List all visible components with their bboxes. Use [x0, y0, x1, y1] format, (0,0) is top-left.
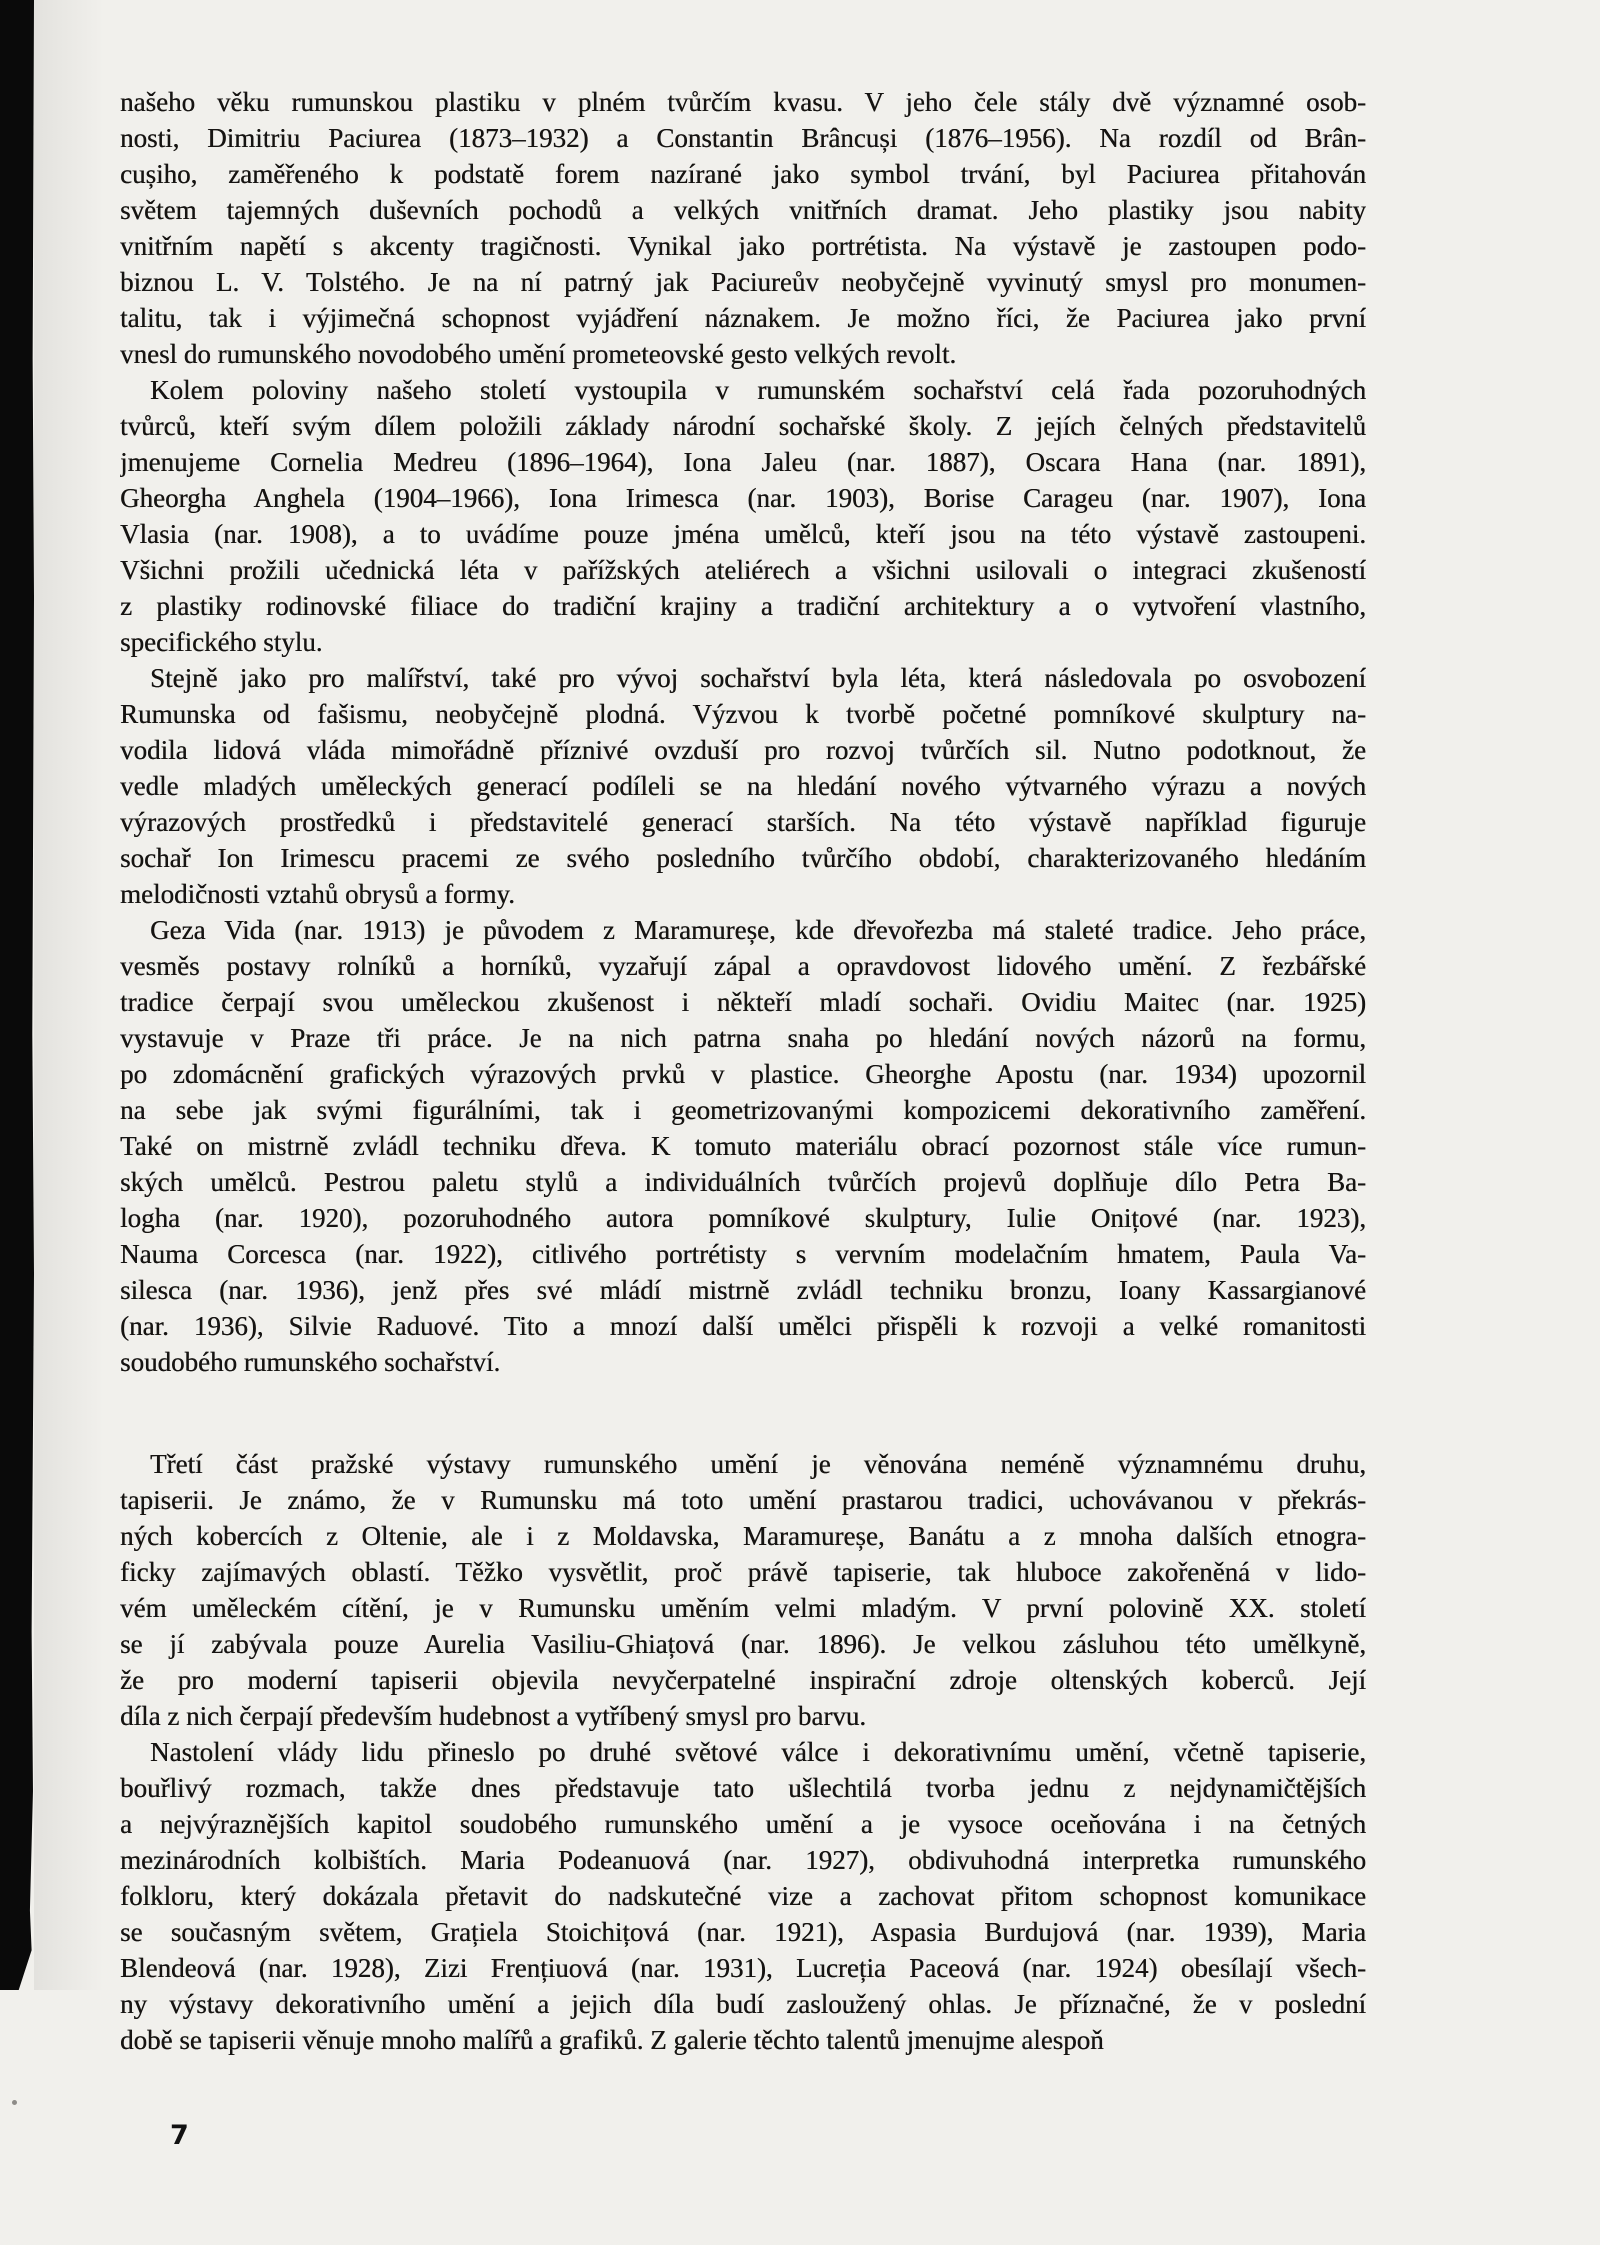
text-line: vnesl do rumunského novodobého umění pro… [120, 336, 1366, 372]
text-line: že pro moderní tapiserii objevila nevyče… [120, 1662, 1366, 1698]
text-line: cușiho, zaměřeného k podstatě forem nazí… [120, 156, 1366, 192]
text-line: Také on mistrně zvládl techniku dřeva. K… [120, 1128, 1366, 1164]
text-line: Všichni prožili učednická léta v pařížsk… [120, 552, 1366, 588]
text-line: ficky zajímavých oblastí. Těžko vysvětli… [120, 1554, 1366, 1590]
scan-speck [12, 2100, 17, 2105]
text-line: folkloru, který dokázala přetavit do nad… [120, 1878, 1366, 1914]
text-line: vystavuje v Praze tři práce. Je na nich … [120, 1020, 1366, 1056]
text-line: se jí zabývala pouze Aurelia Vasiliu-Ghi… [120, 1626, 1366, 1662]
text-line: a nejvýraznějších kapitol soudobého rumu… [120, 1806, 1366, 1842]
text-line: díla z nich čerpají především hudebnost … [120, 1698, 1366, 1734]
text-line: světem tajemných duševních pochodů a vel… [120, 192, 1366, 228]
text-line: Kolem poloviny našeho století vystoupila… [120, 372, 1366, 408]
text-line: ských umělců. Pestrou paletu stylů a ind… [120, 1164, 1366, 1200]
paragraph: Geza Vida (nar. 1913) je původem z Maram… [120, 912, 1366, 1380]
text-line: výrazových prostředků i představitelé ge… [120, 804, 1366, 840]
text-line: mezinárodních kolbištích. Maria Podeanuo… [120, 1842, 1366, 1878]
page-gutter-shadow [34, 0, 104, 1990]
text-line: sochař Ion Irimescu pracemi ze svého pos… [120, 840, 1366, 876]
paragraph: Stejně jako pro malířství, také pro vývo… [120, 660, 1366, 912]
text-line: vém uměleckém cítění, je v Rumunsku uměn… [120, 1590, 1366, 1626]
text-line: Blendeová (nar. 1928), Zizi Frențiuová (… [120, 1950, 1366, 1986]
text-line: jmenujeme Cornelia Medreu (1896–1964), I… [120, 444, 1366, 480]
text-line: silesca (nar. 1936), jenž přes své mládí… [120, 1272, 1366, 1308]
text-line: melodičnosti vztahů obrysů a formy. [120, 876, 1366, 912]
text-line: (nar. 1936), Silvie Raduové. Tito a mnoz… [120, 1308, 1366, 1344]
scanned-page: našeho věku rumunskou plastiku v plném t… [0, 0, 1600, 2245]
text-line: bouřlivý rozmach, takže dnes představuje… [120, 1770, 1366, 1806]
text-line: tapiserii. Je známo, že v Rumunsku má to… [120, 1482, 1366, 1518]
text-line: Stejně jako pro malířství, také pro vývo… [120, 660, 1366, 696]
text-line: Geza Vida (nar. 1913) je původem z Maram… [120, 912, 1366, 948]
text-line: tvůrců, kteří svým dílem položili základ… [120, 408, 1366, 444]
text-line: Třetí část pražské výstavy rumunského um… [120, 1446, 1366, 1482]
text-line: se současným světem, Grațiela Stoichițov… [120, 1914, 1366, 1950]
paragraph: Nastolení vlády lidu přineslo po druhé s… [120, 1734, 1366, 2058]
text-line: Vlasia (nar. 1908), a to uvádíme pouze j… [120, 516, 1366, 552]
text-line: vodila lidová vláda mimořádně příznivé o… [120, 732, 1366, 768]
text-line: talitu, tak i výjimečná schopnost vyjádř… [120, 300, 1366, 336]
text-line: biznou L. V. Tolstého. Je na ní patrný j… [120, 264, 1366, 300]
text-line: ných kobercích z Oltenie, ale i z Moldav… [120, 1518, 1366, 1554]
text-line: na sebe jak svými figurálními, tak i geo… [120, 1092, 1366, 1128]
paragraph: našeho věku rumunskou plastiku v plném t… [120, 84, 1366, 372]
text-line: specifického stylu. [120, 624, 1366, 660]
body-text: našeho věku rumunskou plastiku v plném t… [120, 84, 1366, 2058]
text-line: Gheorgha Anghela (1904–1966), Iona Irime… [120, 480, 1366, 516]
text-line: Rumunska od fašismu, neobyčejně plodná. … [120, 696, 1366, 732]
text-line: vedle mladých uměleckých generací podíle… [120, 768, 1366, 804]
scan-edge-artifact [0, 0, 34, 1990]
text-line: ny výstavy dekorativního umění a jejich … [120, 1986, 1366, 2022]
text-line: po zdomácnění grafických výrazových prvk… [120, 1056, 1366, 1092]
text-line: době se tapiserii věnuje mnoho malířů a … [120, 2022, 1366, 2058]
text-line: z plastiky rodinovské filiace do tradičn… [120, 588, 1366, 624]
paragraph: Kolem poloviny našeho století vystoupila… [120, 372, 1366, 660]
paragraph: Třetí část pražské výstavy rumunského um… [120, 1446, 1366, 1734]
text-line: vnitřním napětí s akcenty tragičnosti. V… [120, 228, 1366, 264]
text-line: vesměs postavy rolníků a horníků, vyzařu… [120, 948, 1366, 984]
text-line: našeho věku rumunskou plastiku v plném t… [120, 84, 1366, 120]
text-line: nosti, Dimitriu Paciurea (1873–1932) a C… [120, 120, 1366, 156]
text-line: soudobého rumunského sochařství. [120, 1344, 1366, 1380]
text-line: logha (nar. 1920), pozoruhodného autora … [120, 1200, 1366, 1236]
text-line: tradice čerpají svou uměleckou zkušenost… [120, 984, 1366, 1020]
page-number: 7 [170, 2120, 189, 2151]
text-line: Nauma Corcesca (nar. 1922), citlivého po… [120, 1236, 1366, 1272]
text-line: Nastolení vlády lidu přineslo po druhé s… [120, 1734, 1366, 1770]
